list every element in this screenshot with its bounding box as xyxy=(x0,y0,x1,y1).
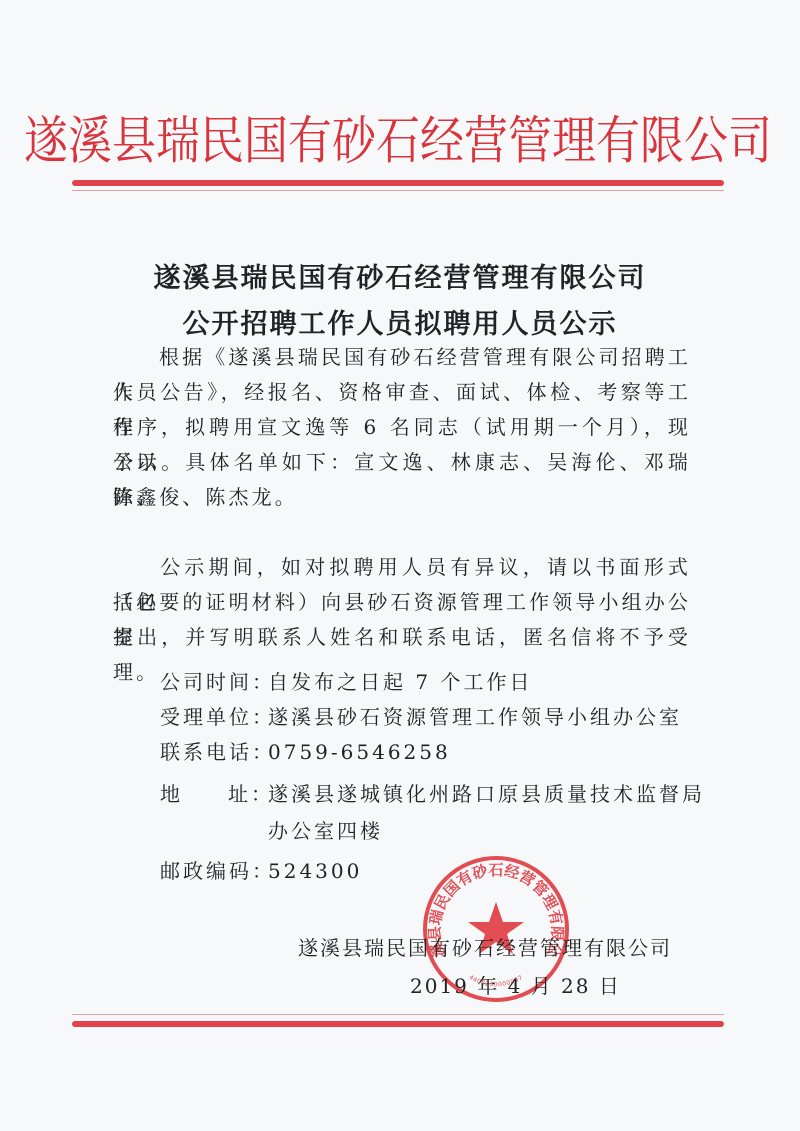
document-page: 遂溪县瑞民国有砂石经营管理有限公司 遂溪县瑞民国有砂石经营管理有限公司 公开招聘… xyxy=(0,0,800,1131)
detail-label: 邮政编码： xyxy=(160,854,268,889)
detail-unit: 受理单位：遂溪县砂石资源管理工作领导小组办公室 xyxy=(160,700,682,735)
detail-value: 遂溪县砂石资源管理工作领导小组办公室 xyxy=(268,705,682,729)
document-title-line2: 公开招聘工作人员拟聘用人员公示 xyxy=(0,302,800,341)
detail-address: 地址：遂溪县遂城镇化州路口原县质量技术监督局 xyxy=(160,777,705,812)
detail-value: 524300 xyxy=(268,859,362,883)
paragraph-objection: 公示期间，如对拟聘用人员有异议，请以书面形式（包 括必要的证明材料）向县砂石资源… xyxy=(113,550,691,655)
document-title-line1: 遂溪县瑞民国有砂石经营管理有限公司 xyxy=(0,256,800,295)
detail-value: 自发布之日起 7 个工作日 xyxy=(268,670,532,694)
detail-label: 联系电话： xyxy=(160,735,268,770)
detail-value: 办公室四楼 xyxy=(268,819,383,843)
paragraph-announcement: 根据《遂溪县瑞民国有砂石经营管理有限公司招聘工作 人员公告》，经报名、资格审查、… xyxy=(113,340,691,515)
footer-thick-rule xyxy=(72,1021,724,1027)
detail-address-cont: 办公室四楼 xyxy=(268,814,383,849)
header-thin-rule xyxy=(72,190,724,191)
detail-label: 公司时间： xyxy=(160,665,268,700)
header-thick-rule xyxy=(72,180,724,186)
detail-value: 0759-6546258 xyxy=(268,740,451,764)
letterhead-company-name: 遂溪县瑞民国有砂石经营管理有限公司 xyxy=(72,94,724,179)
footer-thin-rule xyxy=(72,1014,724,1015)
signature-date: 2019 年 4 月 28 日 xyxy=(410,970,610,999)
detail-period: 公司时间：自发布之日起 7 个工作日 xyxy=(160,665,532,700)
detail-label: 受理单位： xyxy=(160,700,268,735)
signature-company: 遂溪县瑞民国有砂石经营管理有限公司 xyxy=(298,932,698,961)
detail-label: 地址： xyxy=(160,777,268,812)
detail-phone: 联系电话：0759-6546258 xyxy=(160,735,451,770)
text-line: 陈鑫俊、陈杰龙。 xyxy=(113,485,298,509)
detail-postcode: 邮政编码：524300 xyxy=(160,854,362,889)
detail-value: 遂溪县遂城镇化州路口原县质量技术监督局 xyxy=(268,782,705,806)
